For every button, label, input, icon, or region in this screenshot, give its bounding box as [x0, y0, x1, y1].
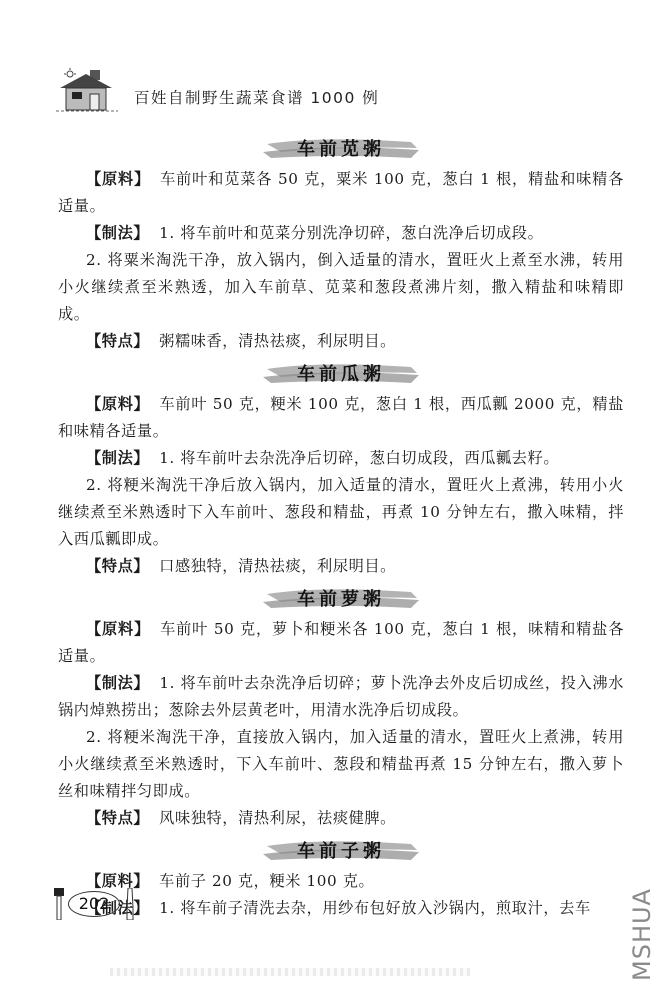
watermark: MSHUA [628, 880, 662, 990]
house-icon [56, 66, 120, 114]
features-paragraph: 【特点】粥糯味香，清热祛痰，利尿明目。 [58, 328, 624, 355]
page-content: 车前苋粥 【原料】车前叶和苋菜各 50 克，粟米 100 克，葱白 1 根，精盐… [58, 130, 624, 922]
ingredients-label: 【原料】 [86, 395, 150, 413]
method-step-2: 2. 将粳米淘洗干净后放入锅内，加入适量的清水，置旺火上煮沸，转用小火继续煮至米… [58, 472, 624, 553]
features-label: 【特点】 [86, 809, 149, 827]
method-step-1: 1. 将车前叶和苋菜分别洗净切碎，葱白洗净后切成段。 [159, 224, 543, 242]
ingredients-paragraph: 【原料】车前叶 50 克，萝卜和粳米各 100 克，葱白 1 根，味精和精盐各适… [58, 616, 624, 670]
fork-icon [52, 888, 66, 920]
book-title: 百姓自制野生蔬菜食谱 1000 例 [134, 86, 379, 108]
ingredients-paragraph: 【原料】车前叶和苋菜各 50 克，粟米 100 克，葱白 1 根，精盐和味精各适… [58, 166, 624, 220]
features-text: 风味独特，清热利尿，祛痰健脾。 [159, 809, 396, 827]
ingredients-paragraph: 【原料】车前叶 50 克，粳米 100 克，葱白 1 根，西瓜瓤 2000 克，… [58, 391, 624, 445]
features-label: 【特点】 [86, 332, 149, 350]
recipe-heading: 车前子粥 [261, 832, 421, 868]
features-label: 【特点】 [86, 557, 149, 575]
method-label: 【制法】 [86, 224, 149, 242]
ingredients-label: 【原料】 [86, 620, 150, 638]
method-paragraph: 【制法】1. 将车前叶去杂洗净后切碎；萝卜洗净去外皮后切成丝，投入沸水锅内焯熟捞… [58, 670, 624, 724]
recipe-heading: 车前萝粥 [261, 580, 421, 616]
page-footer: 202 [52, 886, 142, 922]
recipe-heading: 车前苋粥 [261, 130, 421, 166]
features-text: 口感独特，清热祛痰，利尿明目。 [159, 557, 396, 575]
method-step-1: 1. 将车前子清洗去杂，用纱布包好放入沙锅内，煎取汁，去车 [159, 899, 591, 917]
method-step-1: 1. 将车前叶去杂洗净后切碎，葱白切成段，西瓜瓤去籽。 [159, 449, 559, 467]
features-paragraph: 【特点】风味独特，清热利尿，祛痰健脾。 [58, 805, 624, 832]
method-paragraph: 【制法】1. 将车前子清洗去杂，用纱布包好放入沙锅内，煎取汁，去车 [58, 895, 624, 922]
ingredients-label: 【原料】 [86, 170, 150, 188]
knife-icon [124, 888, 136, 920]
features-paragraph: 【特点】口感独特，清热祛痰，利尿明目。 [58, 553, 624, 580]
bleed-through-text [110, 968, 470, 976]
method-paragraph: 【制法】1. 将车前叶去杂洗净后切碎，葱白切成段，西瓜瓤去籽。 [58, 445, 624, 472]
method-label: 【制法】 [86, 674, 149, 692]
recipe-title: 车前苋粥 [261, 135, 421, 161]
recipe-title: 车前子粥 [261, 837, 421, 863]
running-header: 百姓自制野生蔬菜食谱 1000 例 [56, 66, 416, 116]
recipe-heading: 车前瓜粥 [261, 355, 421, 391]
method-step-2: 2. 将粳米淘洗干净，直接放入锅内，加入适量的清水，置旺火上煮沸，转用小火继续煮… [58, 724, 624, 805]
method-paragraph: 【制法】1. 将车前叶和苋菜分别洗净切碎，葱白洗净后切成段。 [58, 220, 624, 247]
method-step-2: 2. 将粟米淘洗干净，放入锅内，倒入适量的清水，置旺火上煮至水沸，转用小火继续煮… [58, 247, 624, 328]
recipe-title: 车前萝粥 [261, 585, 421, 611]
method-label: 【制法】 [86, 449, 149, 467]
ingredients-paragraph: 【原料】车前子 20 克，粳米 100 克。 [58, 868, 624, 895]
ingredients-text: 车前子 20 克，粳米 100 克。 [159, 872, 374, 890]
features-text: 粥糯味香，清热祛痰，利尿明目。 [159, 332, 396, 350]
recipe-title: 车前瓜粥 [261, 360, 421, 386]
page-number: 202 [68, 891, 120, 917]
